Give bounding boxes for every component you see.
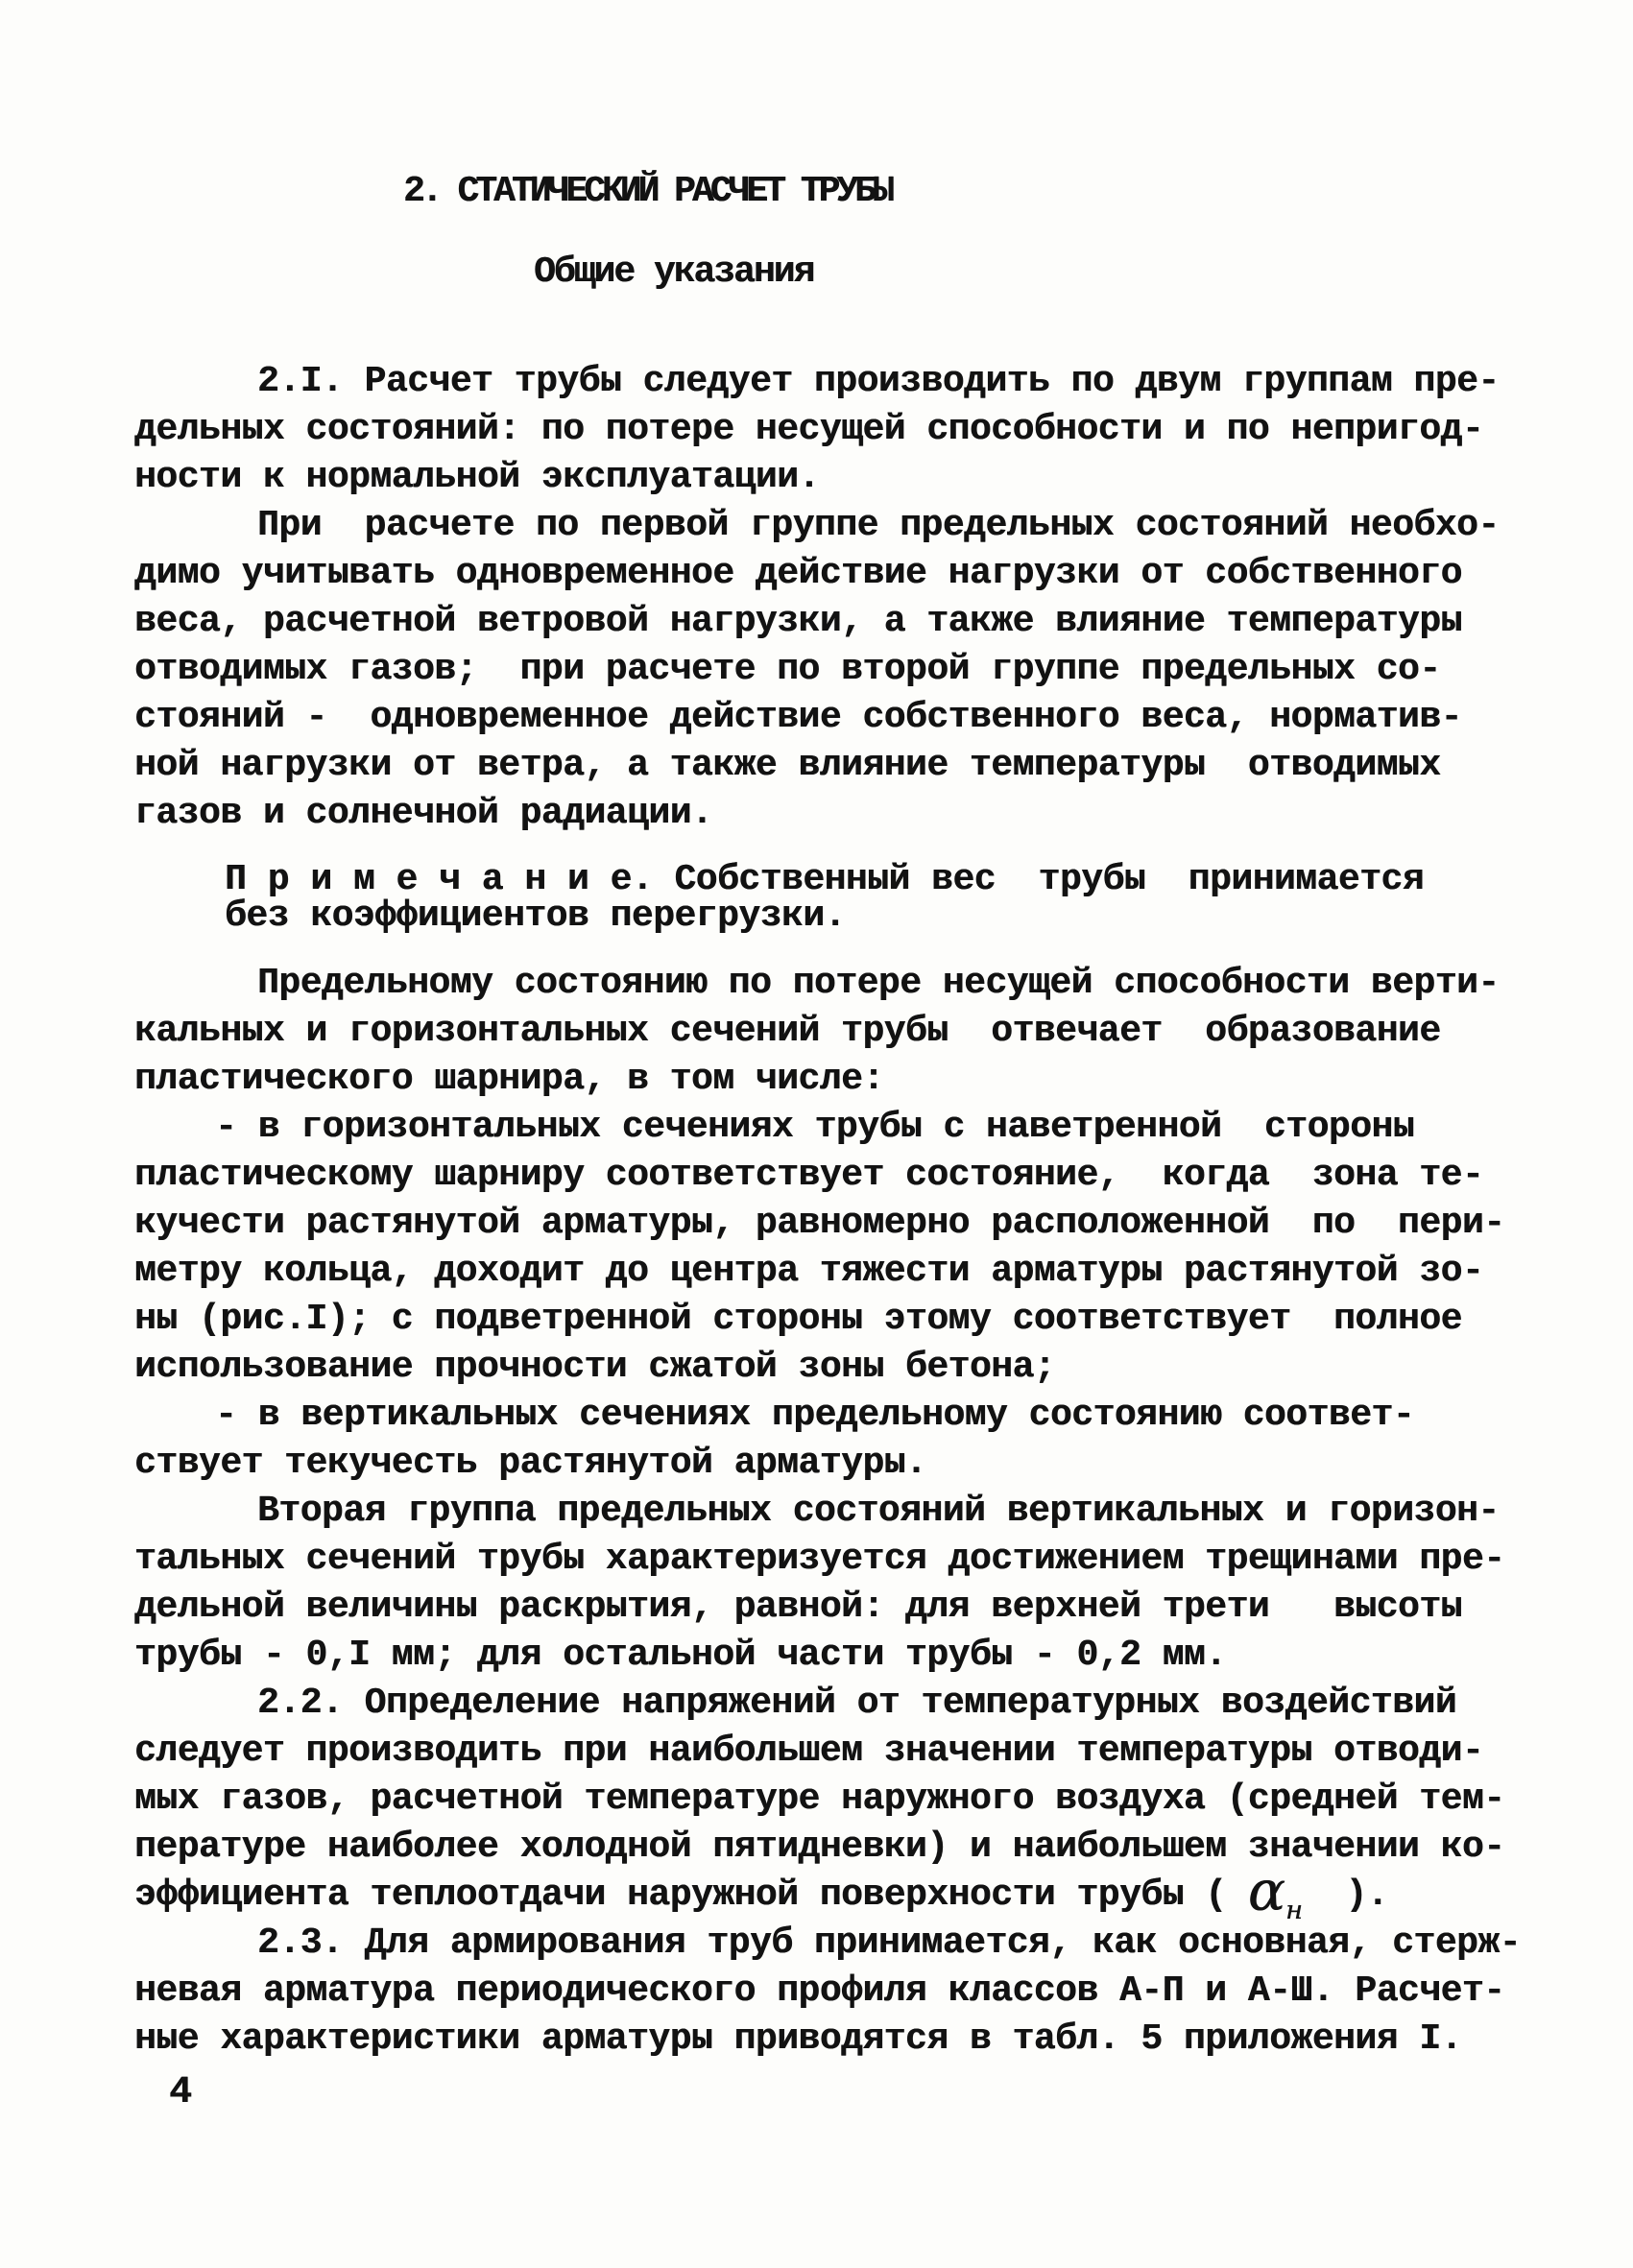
text-line: тальных сечений трубы характеризуется до… [134,1536,1603,1584]
text-line: дельной величины раскрытия, равной: для … [134,1584,1603,1632]
text-line: пературе наиболее холодной пятидневки) и… [134,1824,1603,1872]
alpha-subscript: н [1285,1896,1303,1925]
text-line: Вторая группа предельных состояний верти… [134,1488,1603,1536]
note-block: П р и м е ч а н и е. Собственный вес тру… [134,862,1603,935]
text-line: ствует текучесть растянутой арматуры. [134,1440,1603,1488]
text-line: При расчете по первой группе предельных … [134,502,1603,550]
text-line: следует производить при наибольшем значе… [134,1728,1603,1776]
text-line: 2.2. Определение напряжений от температу… [134,1680,1603,1728]
text-line: ной нагрузки от ветра, а также влияние т… [134,742,1603,790]
text-line: димо учитывать одновременное действие на… [134,550,1603,598]
document-body: 2.I. Расчет трубы следует производить по… [134,358,1603,2064]
text-line: невая арматура периодического профиля кл… [134,1968,1603,2016]
note-line: П р и м е ч а н и е. Собственный вес тру… [225,862,1603,898]
text-line: ности к нормальной эксплуатации. [134,454,1603,502]
section-title: 2. СТАТИЧЕСКИЙ РАСЧЕТ ТРУБЫ [403,171,891,213]
text-line-formula: эффициента теплоотдачи наружной поверхно… [134,1872,1603,1920]
alpha-symbol: α [1248,1858,1285,1923]
text-line: 2.I. Расчет трубы следует производить по… [134,358,1603,406]
text-line: газов и солнечной радиации. [134,790,1603,838]
text-line: дельных состояний: по потере несущей спо… [134,406,1603,454]
section-subtitle: Общие указания [534,251,813,294]
text-line: мых газов, расчетной температуре наружно… [134,1776,1603,1824]
scanned-document-page: 2. СТАТИЧЕСКИЙ РАСЧЕТ ТРУБЫ Общие указан… [0,0,1633,2268]
text-line: ные характеристики арматуры приводятся в… [134,2016,1603,2064]
text-line: кучести растянутой арматуры, равномерно … [134,1200,1603,1248]
text-line: метру кольца, доходит до центра тяжести … [134,1248,1603,1296]
text-line: пластическому шарниру соответствует сост… [134,1152,1603,1200]
text-line: пластического шарнира, в том числе: [134,1056,1603,1104]
text-line: стояний - одновременное действие собстве… [134,694,1603,742]
text-line: использование прочности сжатой зоны бето… [134,1344,1603,1392]
list-item-line: - в горизонтальных сечениях трубы с наве… [134,1104,1603,1152]
formula-pre-text: эффициента теплоотдачи наружной поверхно… [134,1874,1248,1916]
formula-post-text: ). [1303,1874,1388,1916]
page-number: 4 [169,2071,192,2115]
text-line: веса, расчетной ветровой нагрузки, а так… [134,598,1603,646]
text-line: кальных и горизонтальных сечений трубы о… [134,1008,1603,1056]
text-line: Предельному состоянию по потере несущей … [134,960,1603,1008]
text-line: трубы - 0,I мм; для остальной части труб… [134,1632,1603,1680]
list-item-line: - в вертикальных сечениях предельному со… [134,1392,1603,1440]
note-line: без коэффициентов перегрузки. [225,898,1603,935]
text-line: ны (рис.I); с подветренной стороны этому… [134,1296,1603,1344]
text-line: отводимых газов; при расчете по второй г… [134,646,1603,694]
text-line: 2.3. Для армирования труб принимается, к… [134,1920,1603,1968]
